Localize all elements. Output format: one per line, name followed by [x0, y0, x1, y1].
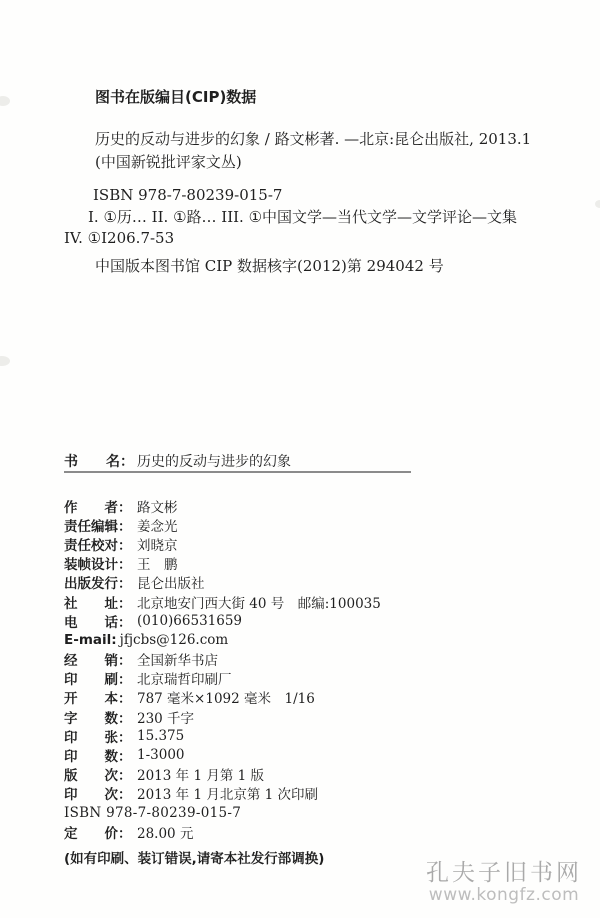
field-label: 经 销：	[64, 649, 134, 669]
kongfz-watermark: 孔夫子旧书网 www.kongfz.com	[426, 861, 582, 905]
colophon-row-edition: 版 次： 2013 年 1 月第 1 版	[64, 765, 564, 784]
colophon-row-word-count: 字 数： 230 千字	[64, 707, 564, 726]
colophon-row-author: 作 者： 路文彬	[64, 496, 564, 515]
field-label: E-mail:	[64, 632, 117, 648]
field-value: 2013 年 1 月第 1 版	[137, 764, 264, 784]
field-value: 全国新华书店	[137, 649, 218, 669]
colophon-row-impression: 印 次： 2013 年 1 月北京第 1 次印刷	[64, 784, 564, 803]
field-label: 印 刷：	[64, 668, 134, 688]
cip-classification-line-2: IV. ①I206.7-53	[64, 230, 174, 247]
field-label: 作 者：	[64, 496, 134, 516]
colophon-row-publisher: 出版发行： 昆仑出版社	[64, 573, 564, 592]
colophon-row-editor: 责任编辑： 姜念光	[64, 515, 564, 534]
field-label: 装帧设计：	[64, 553, 134, 573]
colophon-row-phone: 电 话： (010)66531659	[64, 611, 564, 630]
field-value: 2013 年 1 月北京第 1 次印刷	[137, 783, 318, 803]
field-label: 版 次：	[64, 764, 134, 784]
colophon-row-format: 开 本： 787 毫米×1092 毫米 1/16	[64, 688, 564, 707]
cip-title-line: 历史的反动与进步的幻象 / 路文彬著. —北京:昆仑出版社, 2013.1	[95, 131, 531, 148]
field-value: 787 毫米×1092 毫米 1/16	[137, 687, 315, 707]
colophon-row-sheets: 印 张： 15.375	[64, 726, 564, 745]
field-label: 印 张：	[64, 726, 134, 746]
cip-classification-line-1: I. ①历… II. ①路… III. ①中国文学—当代文学—文学评论—文集	[88, 209, 517, 226]
colophon-title-row: 书 名： 历史的反动与进步的幻象	[64, 451, 291, 471]
colophon-row-print-run: 印 数： 1-3000	[64, 745, 564, 764]
field-value: 1-3000	[137, 747, 185, 763]
field-value: jfjcbs@126.com	[120, 632, 229, 648]
field-label: 印 数：	[64, 745, 134, 765]
cip-record-number-line: 中国版本图书馆 CIP 数据核字(2012)第 294042 号	[95, 258, 444, 275]
colophon-row-address: 社 址： 北京地安门西大街 40 号 邮编:100035	[64, 592, 564, 611]
field-value: 15.375	[137, 728, 184, 744]
cip-isbn-line: ISBN 978-7-80239-015-7	[93, 187, 282, 204]
field-value: 28.00 元	[137, 822, 193, 842]
colophon-row-designer: 装帧设计： 王 鹏	[64, 554, 564, 573]
field-value: 刘晓京	[137, 534, 178, 554]
field-label: 社 址：	[64, 592, 134, 612]
field-label: 印 次：	[64, 783, 134, 803]
field-value: 昆仑出版社	[137, 572, 205, 592]
scan-smudge	[595, 200, 600, 208]
colophon-isbn-line: ISBN 978-7-80239-015-7	[64, 803, 564, 822]
title-underline	[64, 471, 411, 473]
colophon-list: 作 者： 路文彬 责任编辑： 姜念光 责任校对： 刘晓京 装帧设计： 王 鹏 出…	[64, 496, 564, 867]
field-label: 出版发行：	[64, 572, 134, 592]
watermark-site-url: www.kongfz.com	[426, 886, 582, 905]
colophon-row-distributor: 经 销： 全国新华书店	[64, 650, 564, 669]
field-label: 责任校对：	[64, 534, 134, 554]
cip-heading: 图书在版编目(CIP)数据	[95, 89, 256, 106]
field-value: 路文彬	[137, 496, 178, 516]
field-label: 定 价：	[64, 822, 134, 842]
field-label: 责任编辑：	[64, 515, 134, 535]
field-value: 王 鹏	[137, 553, 178, 573]
book-copyright-page: 图书在版编目(CIP)数据 历史的反动与进步的幻象 / 路文彬著. —北京:昆仑…	[0, 0, 600, 918]
field-value: (010)66531659	[137, 613, 242, 629]
field-label: 书 名：	[64, 451, 134, 471]
colophon-row-proofreader: 责任校对： 刘晓京	[64, 534, 564, 553]
field-value: 北京地安门西大街 40 号 邮编:100035	[137, 592, 381, 612]
colophon-row-printer: 印 刷： 北京瑞哲印刷厂	[64, 669, 564, 688]
scan-smudge	[0, 96, 10, 106]
colophon-row-email: E-mail: jfjcbs@126.com	[64, 630, 564, 649]
field-label: 字 数：	[64, 707, 134, 727]
field-label: 电 话：	[64, 611, 134, 631]
field-value: 230 千字	[137, 707, 194, 727]
scan-smudge	[0, 356, 10, 366]
cip-series-line: (中国新锐批评家文丛)	[95, 154, 242, 171]
colophon-row-price: 定 价： 28.00 元	[64, 822, 564, 841]
watermark-site-name: 孔夫子旧书网	[426, 861, 582, 886]
book-title: 历史的反动与进步的幻象	[137, 451, 291, 471]
field-label: 开 本：	[64, 687, 134, 707]
field-value: 北京瑞哲印刷厂	[137, 668, 232, 688]
field-value: 姜念光	[137, 515, 178, 535]
